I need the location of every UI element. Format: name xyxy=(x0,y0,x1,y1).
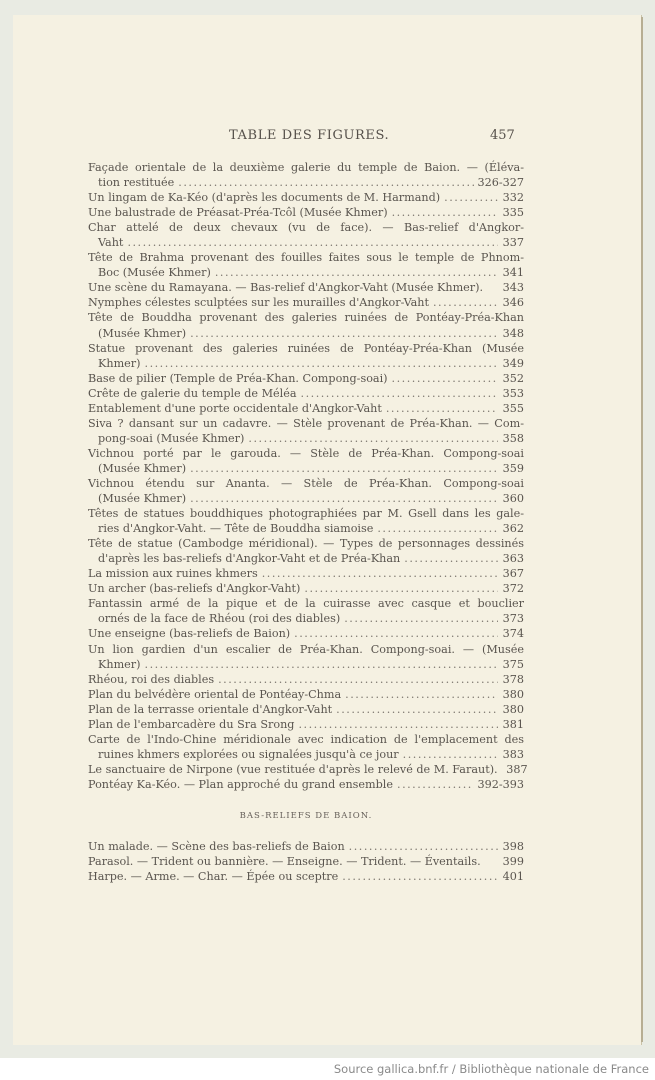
entry-title: Pontéay Ka-Kéo. — Plan approché du grand… xyxy=(88,777,393,792)
entry-line: (Musée Khmer)360 xyxy=(88,491,524,506)
entry-title: Plan de la terrasse orientale d'Angkor-V… xyxy=(88,702,332,717)
entry-line: Crête de galerie du temple de Méléa353 xyxy=(88,386,524,401)
entry-title: Têtes de statues bouddhiques photographi… xyxy=(88,506,524,521)
entry-page-number: 348 xyxy=(502,326,524,341)
entry-title: La mission aux ruines khmers xyxy=(88,566,258,581)
entry-line: tion restituée326-327 xyxy=(88,175,524,190)
page-number: 457 xyxy=(490,128,515,143)
dot-leader xyxy=(386,401,498,416)
entry-page-number: 401 xyxy=(502,869,524,884)
running-head: TABLE DES FIGURES. 457 xyxy=(13,128,641,148)
entry-page-number: 367 xyxy=(502,566,524,581)
entry-page-number: 355 xyxy=(502,401,524,416)
entry-title: Un malade. — Scène des bas-reliefs de Ba… xyxy=(88,839,345,854)
entry-page-number: 360 xyxy=(502,491,524,506)
entry-title: Crête de galerie du temple de Méléa xyxy=(88,386,297,401)
entry-title: Entablement d'une porte occidentale d'An… xyxy=(88,401,382,416)
dot-leader xyxy=(190,461,498,476)
figure-entry: Une enseigne (bas-reliefs de Baion)374 xyxy=(88,626,524,641)
entry-page-number: 353 xyxy=(502,386,524,401)
dot-leader xyxy=(304,581,498,596)
entry-title: Plan du belvédère oriental de Pontéay-Ch… xyxy=(88,687,341,702)
figure-entry: Un malade. — Scène des bas-reliefs de Ba… xyxy=(88,839,524,854)
figure-entry: Nymphes célestes sculptées sur les murai… xyxy=(88,295,524,310)
entry-title: Harpe. — Arme. — Char. — Épée ou sceptre xyxy=(88,869,338,884)
entry-line: Le sanctuaire de Nirpone (vue restituée … xyxy=(88,762,524,777)
entry-title: Rhéou, roi des diables xyxy=(88,672,214,687)
figure-list: Façade orientale de la deuxième galerie … xyxy=(88,160,524,792)
entry-line: Tête de statue (Cambodge méridional). — … xyxy=(88,536,524,551)
figure-entry: Tête de Brahma provenant des fouilles fa… xyxy=(88,250,524,280)
figure-entry: Pontéay Ka-Kéo. — Plan approché du grand… xyxy=(88,777,524,792)
entry-line: Vichnou porté par le garouda. — Stèle de… xyxy=(88,446,524,461)
entry-page-number: 372 xyxy=(502,581,524,596)
entry-title: Façade orientale de la deuxième galerie … xyxy=(88,160,524,175)
entry-title: Tête de statue (Cambodge méridional). — … xyxy=(88,536,524,551)
entry-line: Fantassin armé de la pique et de la cuir… xyxy=(88,596,524,611)
entry-title: Boc (Musée Khmer) xyxy=(98,265,211,280)
figure-entry: La mission aux ruines khmers367 xyxy=(88,566,524,581)
dot-leader xyxy=(190,491,498,506)
entry-line: ries d'Angkor-Vaht. — Tête de Bouddha si… xyxy=(88,521,524,536)
entry-line: Statue provenant des galeries ruinées de… xyxy=(88,341,524,356)
entry-line: Harpe. — Arme. — Char. — Épée ou sceptre… xyxy=(88,869,524,884)
entry-line: Vichnou étendu sur Ananta. — Stèle de Pr… xyxy=(88,476,524,491)
entry-page-number: 399 xyxy=(502,854,524,869)
entry-line: Khmer)349 xyxy=(88,356,524,371)
entry-title: Une scène du Ramayana. — Bas-relief d'An… xyxy=(88,280,483,295)
table-of-figures: Façade orientale de la deuxième galerie … xyxy=(88,160,524,884)
entry-line: ruines khmers explorées ou signalées jus… xyxy=(88,747,524,762)
dot-leader xyxy=(301,386,498,401)
entry-title: (Musée Khmer) xyxy=(98,491,186,506)
entry-title: d'après les bas-reliefs d'Angkor-Vaht et… xyxy=(98,551,400,566)
entry-page-number: 332 xyxy=(502,190,524,205)
dot-leader xyxy=(145,356,498,371)
entry-line: Plan du belvédère oriental de Pontéay-Ch… xyxy=(88,687,524,702)
entry-page-number: 359 xyxy=(502,461,524,476)
entry-page-number: 352 xyxy=(502,371,524,386)
entry-title: (Musée Khmer) xyxy=(98,326,186,341)
entry-title: Tête de Bouddha provenant des galeries r… xyxy=(88,310,524,325)
entry-title: ornés de la face de Rhéou (roi des diabl… xyxy=(98,611,340,626)
figure-entry: Façade orientale de la deuxième galerie … xyxy=(88,160,524,190)
running-title: TABLE DES FIGURES. xyxy=(229,128,389,143)
entry-title: Vichnou étendu sur Ananta. — Stèle de Pr… xyxy=(88,476,524,491)
dot-leader xyxy=(397,777,473,792)
entry-line: Pontéay Ka-Kéo. — Plan approché du grand… xyxy=(88,777,524,792)
dot-leader xyxy=(178,175,473,190)
entry-title: pong-soai (Musée Khmer) xyxy=(98,431,244,446)
entry-page-number: 358 xyxy=(502,431,524,446)
figure-entry: Un archer (bas-reliefs d'Angkor-Vaht)372 xyxy=(88,581,524,596)
entry-line: (Musée Khmer)359 xyxy=(88,461,524,476)
dot-leader xyxy=(215,265,498,280)
entry-title: Le sanctuaire de Nirpone (vue restituée … xyxy=(88,762,498,777)
entry-page-number: 337 xyxy=(502,235,524,250)
entry-line: Char attelé de deux chevaux (vu de face)… xyxy=(88,220,524,235)
entry-page-number: 387 xyxy=(506,762,528,777)
entry-page-number: 383 xyxy=(502,747,524,762)
entry-line: Carte de l'Indo-Chine méridionale avec i… xyxy=(88,732,524,747)
figure-entry: Plan de la terrasse orientale d'Angkor-V… xyxy=(88,702,524,717)
entry-title: Un lion gardien d'un escalier de Préa-Kh… xyxy=(88,642,524,657)
entry-line: Parasol. — Trident ou bannière. — Enseig… xyxy=(88,854,524,869)
entry-line: Têtes de statues bouddhiques photographi… xyxy=(88,506,524,521)
entry-page-number: 363 xyxy=(502,551,524,566)
figure-entry: Rhéou, roi des diables378 xyxy=(88,672,524,687)
entry-page-number: 346 xyxy=(502,295,524,310)
entry-title: Carte de l'Indo-Chine méridionale avec i… xyxy=(88,732,524,747)
entry-line: Khmer)375 xyxy=(88,657,524,672)
entry-title: tion restituée xyxy=(98,175,174,190)
figure-entry: Carte de l'Indo-Chine méridionale avec i… xyxy=(88,732,524,762)
entry-line: Boc (Musée Khmer)341 xyxy=(88,265,524,280)
entry-title: Khmer) xyxy=(98,657,141,672)
figure-entry: Un lingam de Ka-Kéo (d'après les documen… xyxy=(88,190,524,205)
entry-page-number: 380 xyxy=(502,687,524,702)
dot-leader xyxy=(298,717,498,732)
dot-leader xyxy=(404,551,498,566)
entry-page-number: 374 xyxy=(502,626,524,641)
dot-leader xyxy=(248,431,498,446)
entry-line: Une balustrade de Préasat-Préa-Tcôl (Mus… xyxy=(88,205,524,220)
entry-page-number: 398 xyxy=(502,839,524,854)
entry-line: pong-soai (Musée Khmer)358 xyxy=(88,431,524,446)
figure-entry: Un lion gardien d'un escalier de Préa-Kh… xyxy=(88,642,524,672)
entry-page-number: 326-327 xyxy=(478,175,525,190)
figure-entry: Plan de l'embarcadère du Sra Srong381 xyxy=(88,717,524,732)
entry-title: Un lingam de Ka-Kéo (d'après les documen… xyxy=(88,190,440,205)
entry-line: Base de pilier (Temple de Préa-Khan. Com… xyxy=(88,371,524,386)
scan-background: TABLE DES FIGURES. 457 Façade orientale … xyxy=(0,0,655,1058)
figure-entry: Char attelé de deux chevaux (vu de face)… xyxy=(88,220,524,250)
entry-title: Char attelé de deux chevaux (vu de face)… xyxy=(88,220,524,235)
entry-line: Un lion gardien d'un escalier de Préa-Kh… xyxy=(88,642,524,657)
entry-title: Plan de l'embarcadère du Sra Srong xyxy=(88,717,294,732)
entry-page-number: 380 xyxy=(502,702,524,717)
entry-line: Une scène du Ramayana. — Bas-relief d'An… xyxy=(88,280,524,295)
figure-entry: Crête de galerie du temple de Méléa353 xyxy=(88,386,524,401)
book-page: TABLE DES FIGURES. 457 Façade orientale … xyxy=(13,15,641,1045)
dot-leader xyxy=(262,566,498,581)
figure-entry: Une scène du Ramayana. — Bas-relief d'An… xyxy=(88,280,524,295)
entry-line: Façade orientale de la deuxième galerie … xyxy=(88,160,524,175)
entry-title: Vichnou porté par le garouda. — Stèle de… xyxy=(88,446,524,461)
entry-line: Rhéou, roi des diables378 xyxy=(88,672,524,687)
page-edge xyxy=(641,17,643,1042)
figure-entry: Entablement d'une porte occidentale d'An… xyxy=(88,401,524,416)
dot-leader xyxy=(145,657,498,672)
entry-line: Un lingam de Ka-Kéo (d'après les documen… xyxy=(88,190,524,205)
entry-page-number: 349 xyxy=(502,356,524,371)
dot-leader xyxy=(344,611,498,626)
entry-title: Khmer) xyxy=(98,356,141,371)
entry-title: Parasol. — Trident ou bannière. — Enseig… xyxy=(88,854,481,869)
figure-entry: Le sanctuaire de Nirpone (vue restituée … xyxy=(88,762,524,777)
entry-title: Une balustrade de Préasat-Préa-Tcôl (Mus… xyxy=(88,205,388,220)
entry-page-number: 343 xyxy=(502,280,524,295)
entry-page-number: 378 xyxy=(502,672,524,687)
entry-line: Tête de Brahma provenant des fouilles fa… xyxy=(88,250,524,265)
entry-line: d'après les bas-reliefs d'Angkor-Vaht et… xyxy=(88,551,524,566)
entry-title: Nymphes célestes sculptées sur les murai… xyxy=(88,295,429,310)
entry-line: La mission aux ruines khmers367 xyxy=(88,566,524,581)
section-heading: BAS-RELIEFS DE BAION. xyxy=(88,809,524,824)
bas-reliefs-figure-list: Un malade. — Scène des bas-reliefs de Ba… xyxy=(88,839,524,884)
dot-leader xyxy=(403,747,498,762)
dot-leader xyxy=(433,295,498,310)
figure-entry: Harpe. — Arme. — Char. — Épée ou sceptre… xyxy=(88,869,524,884)
entry-title: Un archer (bas-reliefs d'Angkor-Vaht) xyxy=(88,581,300,596)
entry-title: Une enseigne (bas-reliefs de Baion) xyxy=(88,626,290,641)
entry-title: ries d'Angkor-Vaht. — Tête de Bouddha si… xyxy=(98,521,373,536)
entry-line: Tête de Bouddha provenant des galeries r… xyxy=(88,310,524,325)
dot-leader xyxy=(377,521,498,536)
entry-title: Tête de Brahma provenant des fouilles fa… xyxy=(88,250,524,265)
entry-title: Base de pilier (Temple de Préa-Khan. Com… xyxy=(88,371,388,386)
entry-line: (Musée Khmer)348 xyxy=(88,326,524,341)
dot-leader xyxy=(444,190,498,205)
dot-leader xyxy=(349,839,498,854)
entry-line: ornés de la face de Rhéou (roi des diabl… xyxy=(88,611,524,626)
dot-leader xyxy=(127,235,498,250)
figure-entry: Statue provenant des galeries ruinées de… xyxy=(88,341,524,371)
entry-page-number: 375 xyxy=(502,657,524,672)
entry-page-number: 335 xyxy=(502,205,524,220)
entry-line: Un malade. — Scène des bas-reliefs de Ba… xyxy=(88,839,524,854)
entry-page-number: 381 xyxy=(502,717,524,732)
dot-leader xyxy=(218,672,498,687)
figure-entry: Plan du belvédère oriental de Pontéay-Ch… xyxy=(88,687,524,702)
figure-entry: Têtes de statues bouddhiques photographi… xyxy=(88,506,524,536)
entry-title: Fantassin armé de la pique et de la cuir… xyxy=(88,596,524,611)
dot-leader xyxy=(294,626,498,641)
dot-leader xyxy=(190,326,498,341)
figure-entry: Tête de statue (Cambodge méridional). — … xyxy=(88,536,524,566)
figure-entry: Siva ? dansant sur un cadavre. — Stèle p… xyxy=(88,416,524,446)
figure-entry: Base de pilier (Temple de Préa-Khan. Com… xyxy=(88,371,524,386)
entry-title: Siva ? dansant sur un cadavre. — Stèle p… xyxy=(88,416,524,431)
dot-leader xyxy=(392,205,498,220)
entry-line: Vaht337 xyxy=(88,235,524,250)
dot-leader xyxy=(342,869,498,884)
figure-entry: Vichnou porté par le garouda. — Stèle de… xyxy=(88,446,524,476)
entry-title: ruines khmers explorées ou signalées jus… xyxy=(98,747,399,762)
figure-entry: Parasol. — Trident ou bannière. — Enseig… xyxy=(88,854,524,869)
dot-leader xyxy=(345,687,498,702)
entry-page-number: 362 xyxy=(502,521,524,536)
dot-leader xyxy=(392,371,498,386)
entry-line: Une enseigne (bas-reliefs de Baion)374 xyxy=(88,626,524,641)
source-credit: Source gallica.bnf.fr / Bibliothèque nat… xyxy=(334,1062,649,1076)
entry-line: Entablement d'une porte occidentale d'An… xyxy=(88,401,524,416)
figure-entry: Une balustrade de Préasat-Préa-Tcôl (Mus… xyxy=(88,205,524,220)
entry-line: Nymphes célestes sculptées sur les murai… xyxy=(88,295,524,310)
dot-leader xyxy=(336,702,498,717)
entry-line: Un archer (bas-reliefs d'Angkor-Vaht)372 xyxy=(88,581,524,596)
entry-title: Statue provenant des galeries ruinées de… xyxy=(88,341,524,356)
entry-title: Vaht xyxy=(98,235,123,250)
entry-line: Plan de la terrasse orientale d'Angkor-V… xyxy=(88,702,524,717)
figure-entry: Vichnou étendu sur Ananta. — Stèle de Pr… xyxy=(88,476,524,506)
entry-line: Siva ? dansant sur un cadavre. — Stèle p… xyxy=(88,416,524,431)
entry-line: Plan de l'embarcadère du Sra Srong381 xyxy=(88,717,524,732)
entry-page-number: 341 xyxy=(502,265,524,280)
entry-page-number: 373 xyxy=(502,611,524,626)
entry-title: (Musée Khmer) xyxy=(98,461,186,476)
entry-page-number: 392-393 xyxy=(478,777,525,792)
figure-entry: Tête de Bouddha provenant des galeries r… xyxy=(88,310,524,340)
figure-entry: Fantassin armé de la pique et de la cuir… xyxy=(88,596,524,626)
